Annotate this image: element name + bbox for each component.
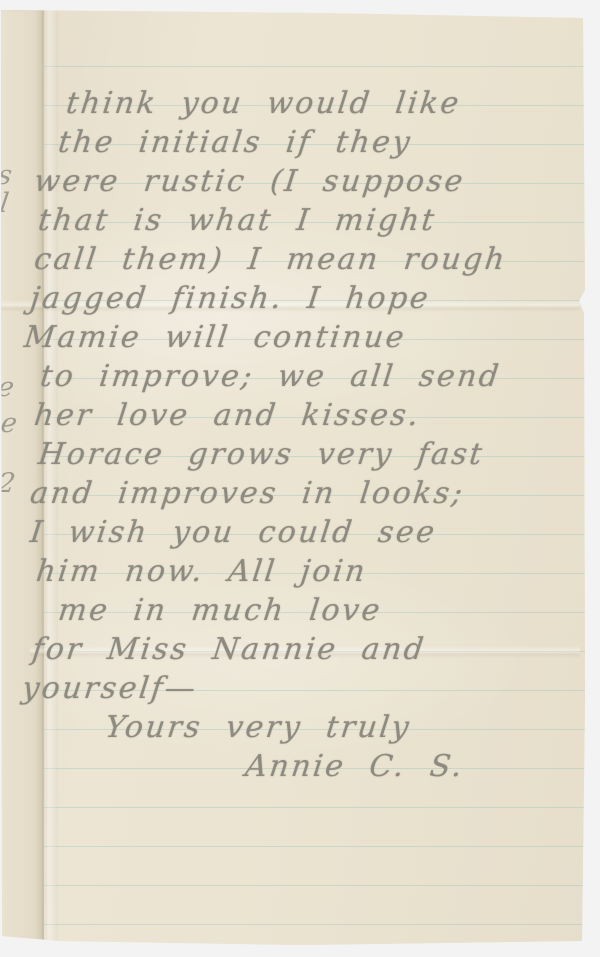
handwritten-line: the initials if they	[56, 123, 593, 162]
letter-scan: s l e e 2 think you would like the initi…	[0, 0, 600, 957]
handwritten-line: I wish you could see	[28, 513, 593, 552]
handwritten-line: yourself—	[20, 669, 593, 708]
handwritten-line: him now. All join	[34, 552, 593, 591]
handwritten-line: to improve; we all send	[38, 357, 593, 396]
handwritten-line: that is what I might	[36, 201, 593, 240]
handwritten-line: her love and kisses.	[32, 396, 593, 435]
handwritten-line: think you would like	[64, 84, 593, 123]
letter-body: think you would like the initials if the…	[28, 84, 588, 786]
handwritten-line: jagged finish. I hope	[28, 279, 593, 318]
handwritten-line: for Miss Nannie and	[30, 630, 593, 669]
closing-line: Yours very truly	[103, 708, 593, 747]
handwritten-line: me in much love	[56, 591, 593, 630]
handwritten-line: Horace grows very fast	[36, 435, 593, 474]
letter-page: s l e e 2 think you would like the initi…	[0, 0, 600, 957]
handwritten-line: were rustic (I suppose	[32, 162, 593, 201]
handwritten-line: and improves in looks;	[28, 474, 593, 513]
handwritten-line: call them) I mean rough	[32, 240, 593, 279]
handwritten-line: Mamie will continue	[22, 318, 593, 357]
signature-line: Annie C. S.	[243, 747, 593, 786]
